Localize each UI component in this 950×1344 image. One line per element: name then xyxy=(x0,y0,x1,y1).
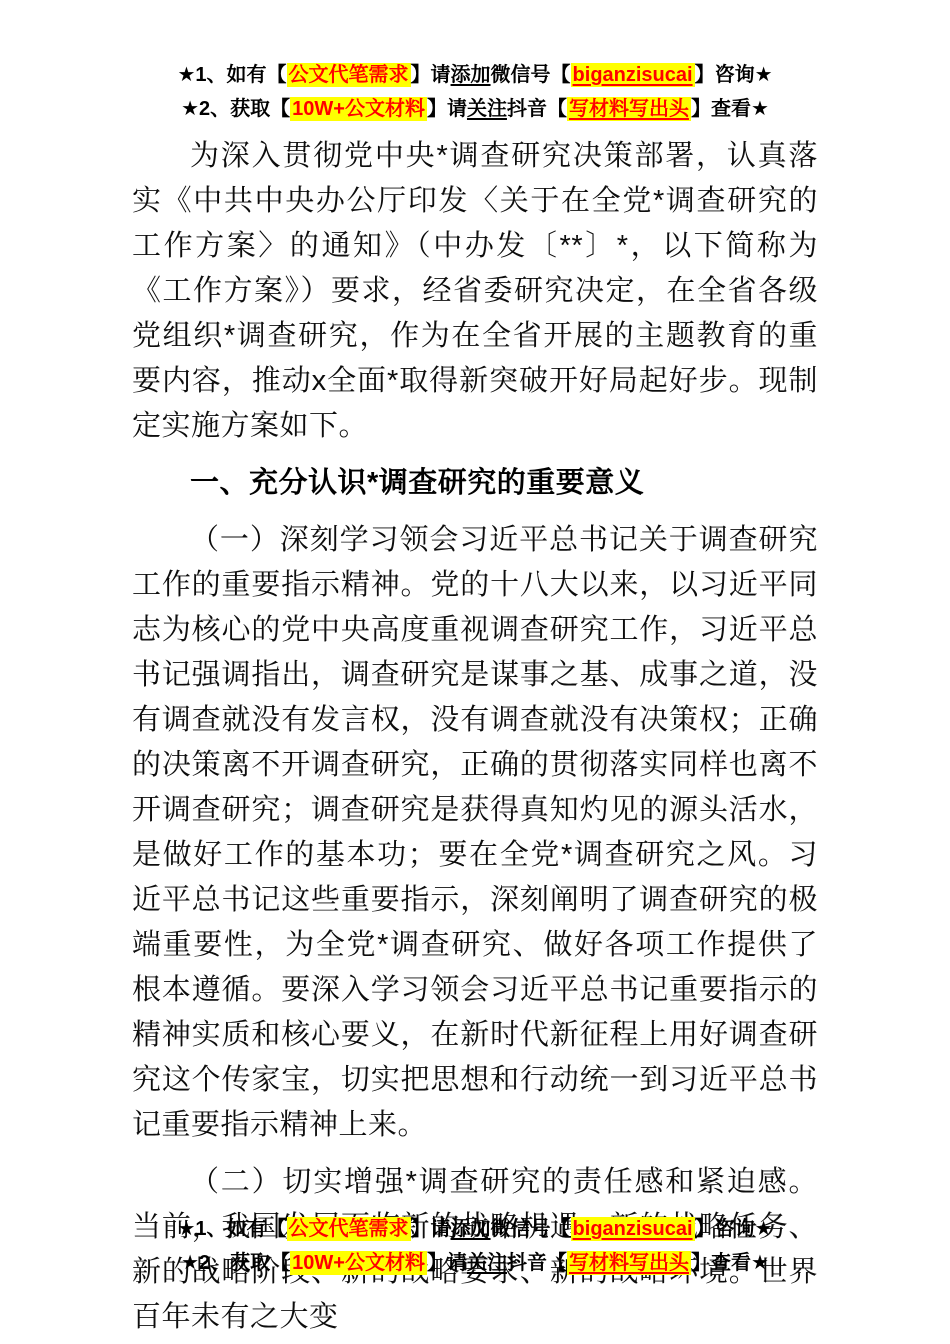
notice-text: ★2、获取【 xyxy=(181,98,290,120)
notice-highlight-materials: 10W+公文材料 xyxy=(290,97,427,121)
douyin-id: 写材料写出头 xyxy=(567,1251,691,1275)
wechat-id: biganzisucai xyxy=(571,1217,695,1241)
notice-highlight-service: 公文代笔需求 xyxy=(287,63,411,87)
notice-text: 】咨询★ xyxy=(695,64,773,86)
notice-text: 】请 xyxy=(411,64,451,86)
notice-text: 抖音【 xyxy=(507,1252,567,1274)
notice-highlight-materials: 10W+公文材料 xyxy=(290,1251,427,1275)
notice-header-line-1: ★1、如有【公文代笔需求】请添加微信号【biganzisucai】咨询★ xyxy=(132,58,818,92)
notice-header: ★1、如有【公文代笔需求】请添加微信号【biganzisucai】咨询★ ★2、… xyxy=(132,58,818,126)
douyin-id: 写材料写出头 xyxy=(567,97,691,121)
notice-highlight-service: 公文代笔需求 xyxy=(287,1217,411,1241)
notice-text: 】请 xyxy=(427,98,467,120)
notice-text: 微信号【 xyxy=(491,64,571,86)
notice-text: ★2、获取【 xyxy=(181,1252,290,1274)
notice-underline-add: 添加 xyxy=(451,1218,491,1240)
notice-text: ★1、如有【 xyxy=(177,1218,286,1240)
notice-footer-line-2: ★2、获取【10W+公文材料】请关注抖音【写材料写出头】查看★ xyxy=(0,1246,950,1280)
notice-footer-line-1: ★1、如有【公文代笔需求】请添加微信号【biganzisucai】咨询★ xyxy=(0,1212,950,1246)
notice-underline-follow: 关注 xyxy=(467,1252,507,1274)
paragraph-intro: 为深入贯彻党中央*调查研究决策部署，认真落实《中共中央办公厅印发〈关于在全党*调… xyxy=(132,134,818,449)
notice-underline-add: 添加 xyxy=(451,64,491,86)
notice-text: 】咨询★ xyxy=(695,1218,773,1240)
notice-footer: ★1、如有【公文代笔需求】请添加微信号【biganzisucai】咨询★ ★2、… xyxy=(0,1212,950,1280)
notice-text: 】查看★ xyxy=(691,1252,769,1274)
notice-text: 】请 xyxy=(427,1252,467,1274)
document-page: ★1、如有【公文代笔需求】请添加微信号【biganzisucai】咨询★ ★2、… xyxy=(0,0,950,1344)
notice-text: 抖音【 xyxy=(507,98,567,120)
notice-header-line-2: ★2、获取【10W+公文材料】请关注抖音【写材料写出头】查看★ xyxy=(132,92,818,126)
section-heading-1: 一、充分认识*调查研究的重要意义 xyxy=(132,461,818,506)
notice-text: 】请 xyxy=(411,1218,451,1240)
paragraph-subsection-1: （一）深刻学习领会习近平总书记关于调查研究工作的重要指示精神。党的十八大以来，以… xyxy=(132,518,818,1148)
wechat-id: biganzisucai xyxy=(571,63,695,87)
notice-underline-follow: 关注 xyxy=(467,98,507,120)
notice-text: 微信号【 xyxy=(491,1218,571,1240)
document-body: 为深入贯彻党中央*调查研究决策部署，认真落实《中共中央办公厅印发〈关于在全党*调… xyxy=(132,134,818,1340)
notice-text: 】查看★ xyxy=(691,98,769,120)
notice-text: ★1、如有【 xyxy=(177,64,286,86)
